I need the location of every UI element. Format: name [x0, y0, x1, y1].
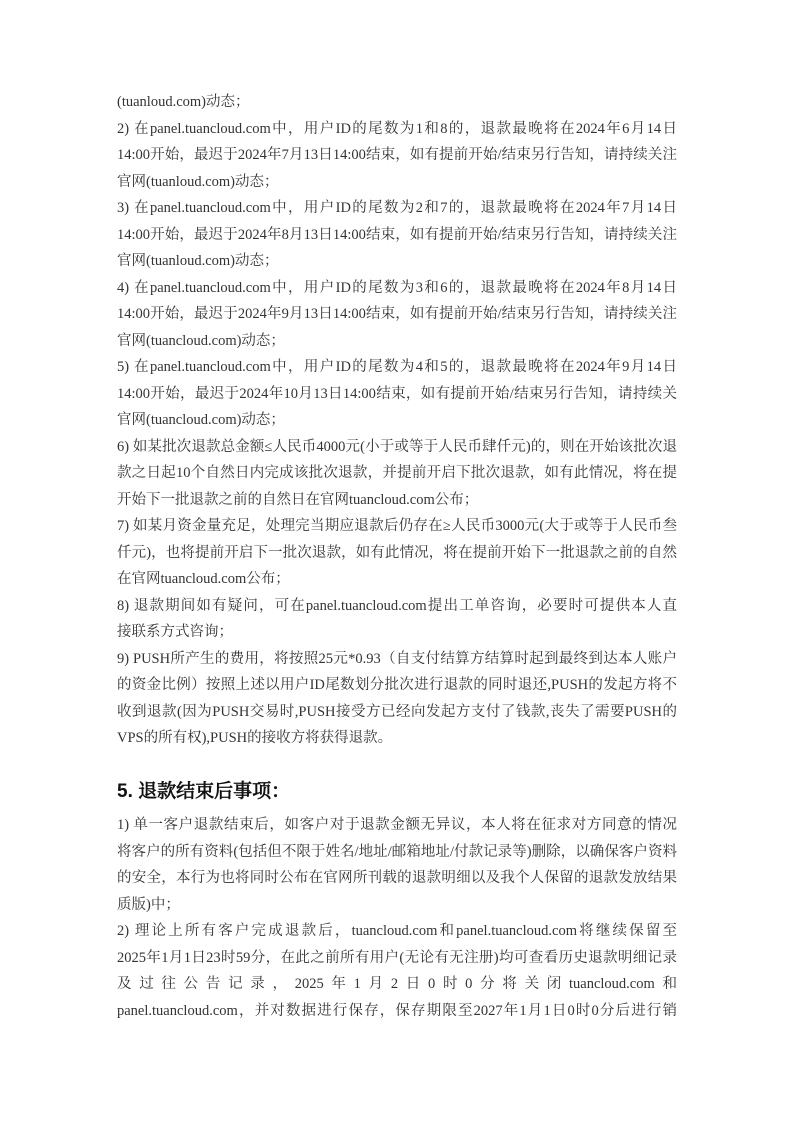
text-line: panel.tuancloud.com，并对数据进行保存，保存期限至2027年1…: [117, 998, 677, 1025]
refund-rule-item-9: 9) PUSH所产生的费用，将按照25元*0.93（自支付结算方结算时起到最终到…: [117, 646, 677, 752]
refund-schedule-section: (tuanloud.com)动态； 2) 在panel.tuancloud.co…: [117, 89, 677, 752]
text-line: 官网(tuanloud.com)动态；: [117, 248, 677, 275]
text-line: 7) 如某月资金量充足，处理完当期应退款后仍存在≥人民币3000元(大于或等于人…: [117, 513, 677, 540]
text-line: 9) PUSH所产生的费用，将按照25元*0.93（自支付结算方结算时起到最终到…: [117, 646, 677, 673]
text-line: 款之日起10个自然日内完成该批次退款，并提前开启下批次退款，如有此情况，将在提前: [117, 460, 677, 487]
text-line: (tuanloud.com)动态；: [117, 89, 677, 116]
text-line: 开始下一批退款之前的自然日在官网tuancloud.com公布；: [117, 487, 677, 514]
text-line: 2) 在panel.tuancloud.com中，用户ID的尾数为1和8的，退款…: [117, 116, 677, 143]
text-line: 14:00开始，最迟于2024年9月13日14:00结束，如有提前开始/结束另行…: [117, 301, 677, 328]
text-line: 接联系方式咨询；: [117, 619, 677, 646]
refund-rule-item-6: 6) 如某批次退款总金额≤人民币4000元(小于或等于人民币肆仟元)的，则在开始…: [117, 434, 677, 514]
text-line: 4) 在panel.tuancloud.com中，用户ID的尾数为3和6的，退款…: [117, 275, 677, 302]
text-line: 5) 在panel.tuancloud.com中，用户ID的尾数为4和5的，退款…: [117, 354, 677, 381]
text-line: 仟元)，也将提前开启下一批次退款，如有此情况，将在提前开始下一批退款之前的自然日: [117, 540, 677, 567]
text-line: 14:00开始，最迟于2024年10月13日14:00结束，如有提前开始/结束另…: [117, 381, 677, 408]
text-line: 的资金比例）按照上述以用户ID尾数划分批次进行退款的同时退还,PUSH的发起方将…: [117, 672, 677, 699]
text-line: 的安全，本行为也将同时公布在官网所刊载的退款明细以及我个人保留的退款发放结果(纸: [117, 865, 677, 892]
text-line: 官网(tuancloud.com)动态；: [117, 328, 677, 355]
text-line: 收到退款(因为PUSH交易时,PUSH接受方已经向发起方支付了钱款,丧失了需要P…: [117, 699, 677, 726]
text-line: 3) 在panel.tuancloud.com中，用户ID的尾数为2和7的，退款…: [117, 195, 677, 222]
text-line: 1) 单一客户退款结束后，如客户对于退款金额无异议，本人将在征求对方同意的情况下…: [117, 812, 677, 839]
text-line: 将客户的所有资料(包括但不限于姓名/地址/邮箱地址/付款记录等)删除，以确保客户…: [117, 839, 677, 866]
text-line: 8) 退款期间如有疑问，可在panel.tuancloud.com提出工单咨询，…: [117, 593, 677, 620]
text-line: 14:00开始，最迟于2024年8月13日14:00结束，如有提前开始/结束另行…: [117, 222, 677, 249]
refund-rule-item-7: 7) 如某月资金量充足，处理完当期应退款后仍存在≥人民币3000元(大于或等于人…: [117, 513, 677, 593]
refund-batch-item-5: 5) 在panel.tuancloud.com中，用户ID的尾数为4和5的，退款…: [117, 354, 677, 434]
document-page: (tuanloud.com)动态； 2) 在panel.tuancloud.co…: [0, 0, 794, 1123]
text-line: 6) 如某批次退款总金额≤人民币4000元(小于或等于人民币肆仟元)的，则在开始…: [117, 434, 677, 461]
text-line: 2) 理论上所有客户完成退款后，tuancloud.com和panel.tuan…: [117, 918, 677, 945]
text-line: 14:00开始，最迟于2024年7月13日14:00结束，如有提前开始/结束另行…: [117, 142, 677, 169]
refund-batch-item-4: 4) 在panel.tuancloud.com中，用户ID的尾数为3和6的，退款…: [117, 275, 677, 355]
after-refund-section: 1) 单一客户退款结束后，如客户对于退款金额无异议，本人将在征求对方同意的情况下…: [117, 812, 677, 1024]
text-line: 官网(tuancloud.com)动态；: [117, 407, 677, 434]
text-line: 质版)中；: [117, 892, 677, 919]
text-line: 在官网tuancloud.com公布；: [117, 566, 677, 593]
after-refund-item-2: 2) 理论上所有客户完成退款后，tuancloud.com和panel.tuan…: [117, 918, 677, 1024]
text-line: 2025年1月1日23时59分，在此之前所有用户(无论有无注册)均可查看历史退款…: [117, 945, 677, 972]
after-refund-item-1: 1) 单一客户退款结束后，如客户对于退款金额无异议，本人将在征求对方同意的情况下…: [117, 812, 677, 918]
refund-batch-item-2: 2) 在panel.tuancloud.com中，用户ID的尾数为1和8的，退款…: [117, 116, 677, 196]
refund-batch-item-3: 3) 在panel.tuancloud.com中，用户ID的尾数为2和7的，退款…: [117, 195, 677, 275]
text-line: 及过往公告记录，2025年1月2日0时0分将关闭tuancloud.com和: [117, 971, 677, 998]
text-line: VPS的所有权),PUSH的接收方将获得退款。: [117, 725, 677, 752]
text-line: 官网(tuanloud.com)动态；: [117, 169, 677, 196]
section-5-heading: 5. 退款结束后事项：: [117, 777, 677, 807]
refund-rule-item-8: 8) 退款期间如有疑问，可在panel.tuancloud.com提出工单咨询，…: [117, 593, 677, 646]
